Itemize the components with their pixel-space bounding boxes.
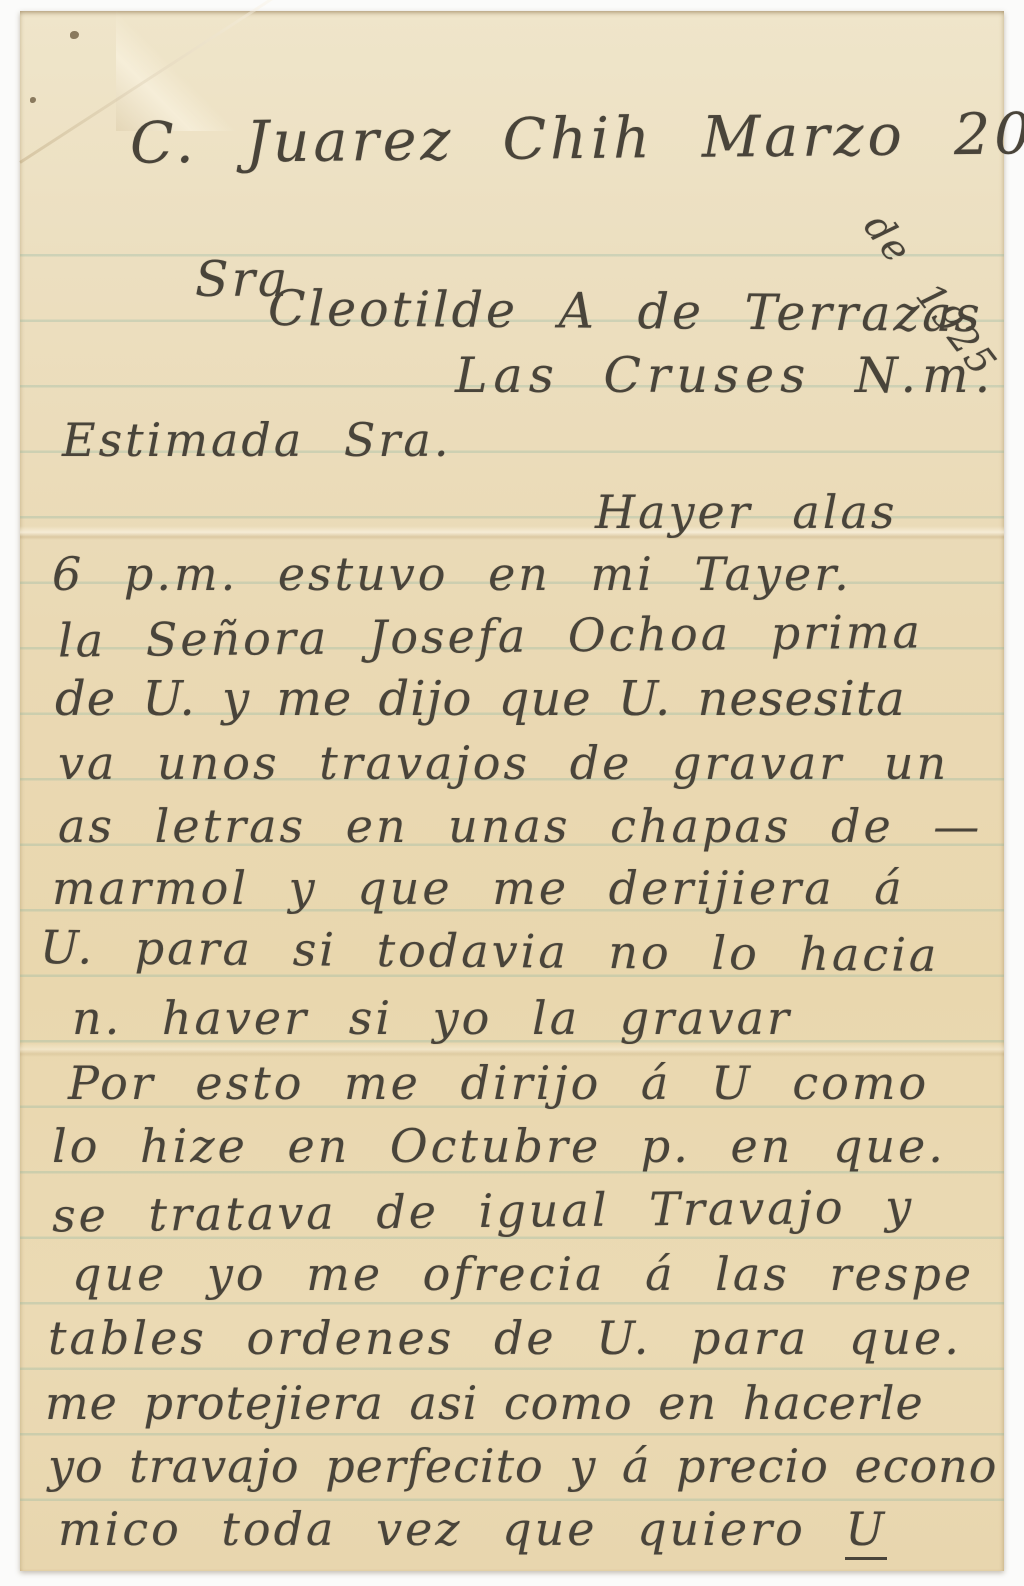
letter-line: as letras en unas chapas de — (58, 803, 982, 849)
letter-line: que yo me ofrecia á las respe (72, 1251, 974, 1297)
ink-speck (30, 97, 36, 103)
letter-line: la Señora Josefa Ochoa prima (58, 608, 923, 663)
dateline: C. Juarez Chih Marzo 20 (130, 106, 1024, 172)
letter-line-last-text: mico toda vez que quiero (58, 1502, 806, 1556)
letter-line: de U. y me dijo que U. nesesita (55, 675, 906, 723)
letter-line: lo hize en Octubre p. en que. (52, 1123, 946, 1169)
letter-line: se tratava de igual Travajo y (52, 1183, 915, 1238)
horizontal-fold-crease (20, 1043, 1004, 1057)
ink-speck (70, 31, 79, 39)
letter-line: U. para si todavia no lo hacia (40, 924, 940, 978)
recipient-place: Las Cruses N.m. (455, 351, 996, 400)
recipient-name: Cleotilde A de Terrazas (268, 284, 983, 339)
opening-phrase: Hayer alas (595, 489, 898, 535)
salutation: Estimada Sra. (62, 417, 451, 463)
scan-background: { "document_kind": "handwritten letter (… (0, 0, 1024, 1586)
letter-line: me protejiera asi como en hacerle (45, 1380, 924, 1426)
letter-line: va unos travajos de gravar un (58, 740, 949, 786)
letter-line: tables ordenes de U. para que. (48, 1315, 962, 1361)
letter-line: n. haver si yo la gravar (72, 995, 792, 1041)
letter-line: marmol y que me derijiera á (52, 865, 905, 911)
letter-page: C. Juarez Chih Marzo 20 de 1925 Sra Cleo… (20, 11, 1004, 1571)
letter-line: yo travajo perfecito y á precio econo (48, 1443, 997, 1489)
letter-line: Por esto me dirijo á U como (68, 1060, 929, 1106)
final-mark: U (845, 1502, 887, 1560)
letter-line-last: mico toda vez que quiero U (58, 1506, 887, 1552)
letter-line: 6 p.m. estuvo en mi Tayer. (52, 551, 852, 597)
